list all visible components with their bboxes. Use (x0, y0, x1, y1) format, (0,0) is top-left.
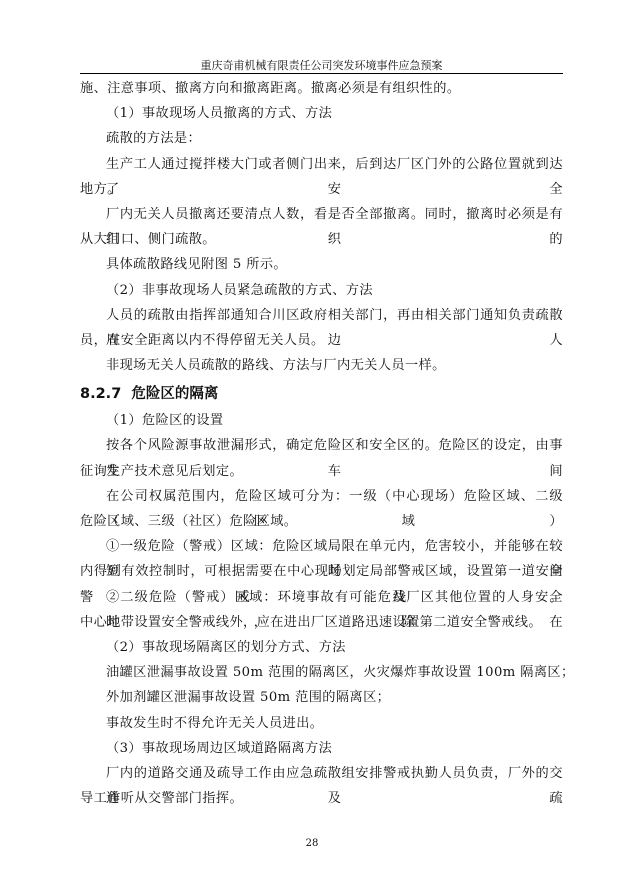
paragraph-block-isolation: （1）危险区的设置按各个风险源事故泄漏形式，确定危险区和安全区的。危险区的设定，… (80, 408, 563, 811)
text-line: 非现场无关人员疏散的路线、方法与厂内无关人员一样。 (80, 353, 563, 378)
text-line: 中心地带设置安全警戒线外，应在进出厂区道路迅速设置第二道安全警戒线。 (80, 610, 563, 635)
text-line: 油罐区泄漏事故设置 50m 范围的隔离区，火灾爆炸事故设置 100m 隔离区； (80, 660, 563, 685)
text-line: ②二级危险（警戒）区域：环境事故有可能危及厂区其他位置的人身安全时，除在 (80, 585, 563, 610)
text-line: 内得到有效控制时，可根据需要在中心现场划定局部警戒区域，设置第一道安全警戒线。 (80, 559, 563, 584)
text-line: （2）事故现场隔离区的划分方式、方法 (80, 635, 563, 660)
document-body: 施、注意事项、撤离方向和撤离距离。撤离必须是有组织性的。（1）事故现场人员撤离的… (80, 76, 563, 811)
text-line: 厂内的道路交通及疏导工作由应急疏散组安排警戒执勤人员负责，厂外的交通及疏 (80, 761, 563, 786)
text-line: 疏散的方法是： (80, 126, 563, 151)
section-number: 8.2.7 (80, 386, 121, 402)
page-header: 重庆奇甫机械有限责任公司突发环境事件应急预案 (80, 60, 563, 74)
text-line: 生产工人通过搅拌楼大门或者侧门出来，后到达厂区门外的公路位置就到达了安全 (80, 152, 563, 177)
page-number: 28 (0, 838, 624, 849)
text-line: 具体疏散路线见附图 5 所示。 (80, 252, 563, 277)
text-line: （2）非事故现场人员紧急疏散的方式、方法 (80, 278, 563, 303)
text-line: （3）事故现场周边区域道路隔离方法 (80, 736, 563, 761)
text-line: 施、注意事项、撤离方向和撤离距离。撤离必须是有组织性的。 (80, 76, 563, 101)
section-heading: 8.2.7 危险区的隔离 (80, 378, 563, 408)
text-line: 按各个风险源事故泄漏形式，确定危险区和安全区的。危险区的设定，由事发车间 (80, 433, 563, 458)
text-line: 事故发生时不得允许无关人员进出。 (80, 711, 563, 736)
text-line: 厂内无关人员撤离还要清点人数，看是否全部撤离。同时，撤离时必须是有组织的 (80, 202, 563, 227)
text-line: （1）危险区的设置 (80, 408, 563, 433)
text-line: 外加剂罐区泄漏事故设置 50m 范围的隔离区； (80, 685, 563, 710)
text-line: 人员的疏散由指挥部通知合川区政府相关部门，再由相关部门通知负责疏散周边人 (80, 303, 563, 328)
section-title: 危险区的隔离 (131, 386, 218, 402)
text-line: ①一级危险（警戒）区域：危险区域局限在单元内，危害较小，并能够在较短时间 (80, 534, 563, 559)
paragraph-block-evacuation: 施、注意事项、撤离方向和撤离距离。撤离必须是有组织性的。（1）事故现场人员撤离的… (80, 76, 563, 378)
text-line: （1）事故现场人员撤离的方式、方法 (80, 101, 563, 126)
text-line: 在公司权属范围内，危险区域可分为：一级（中心现场）危险区域、二级（区域） (80, 484, 563, 509)
